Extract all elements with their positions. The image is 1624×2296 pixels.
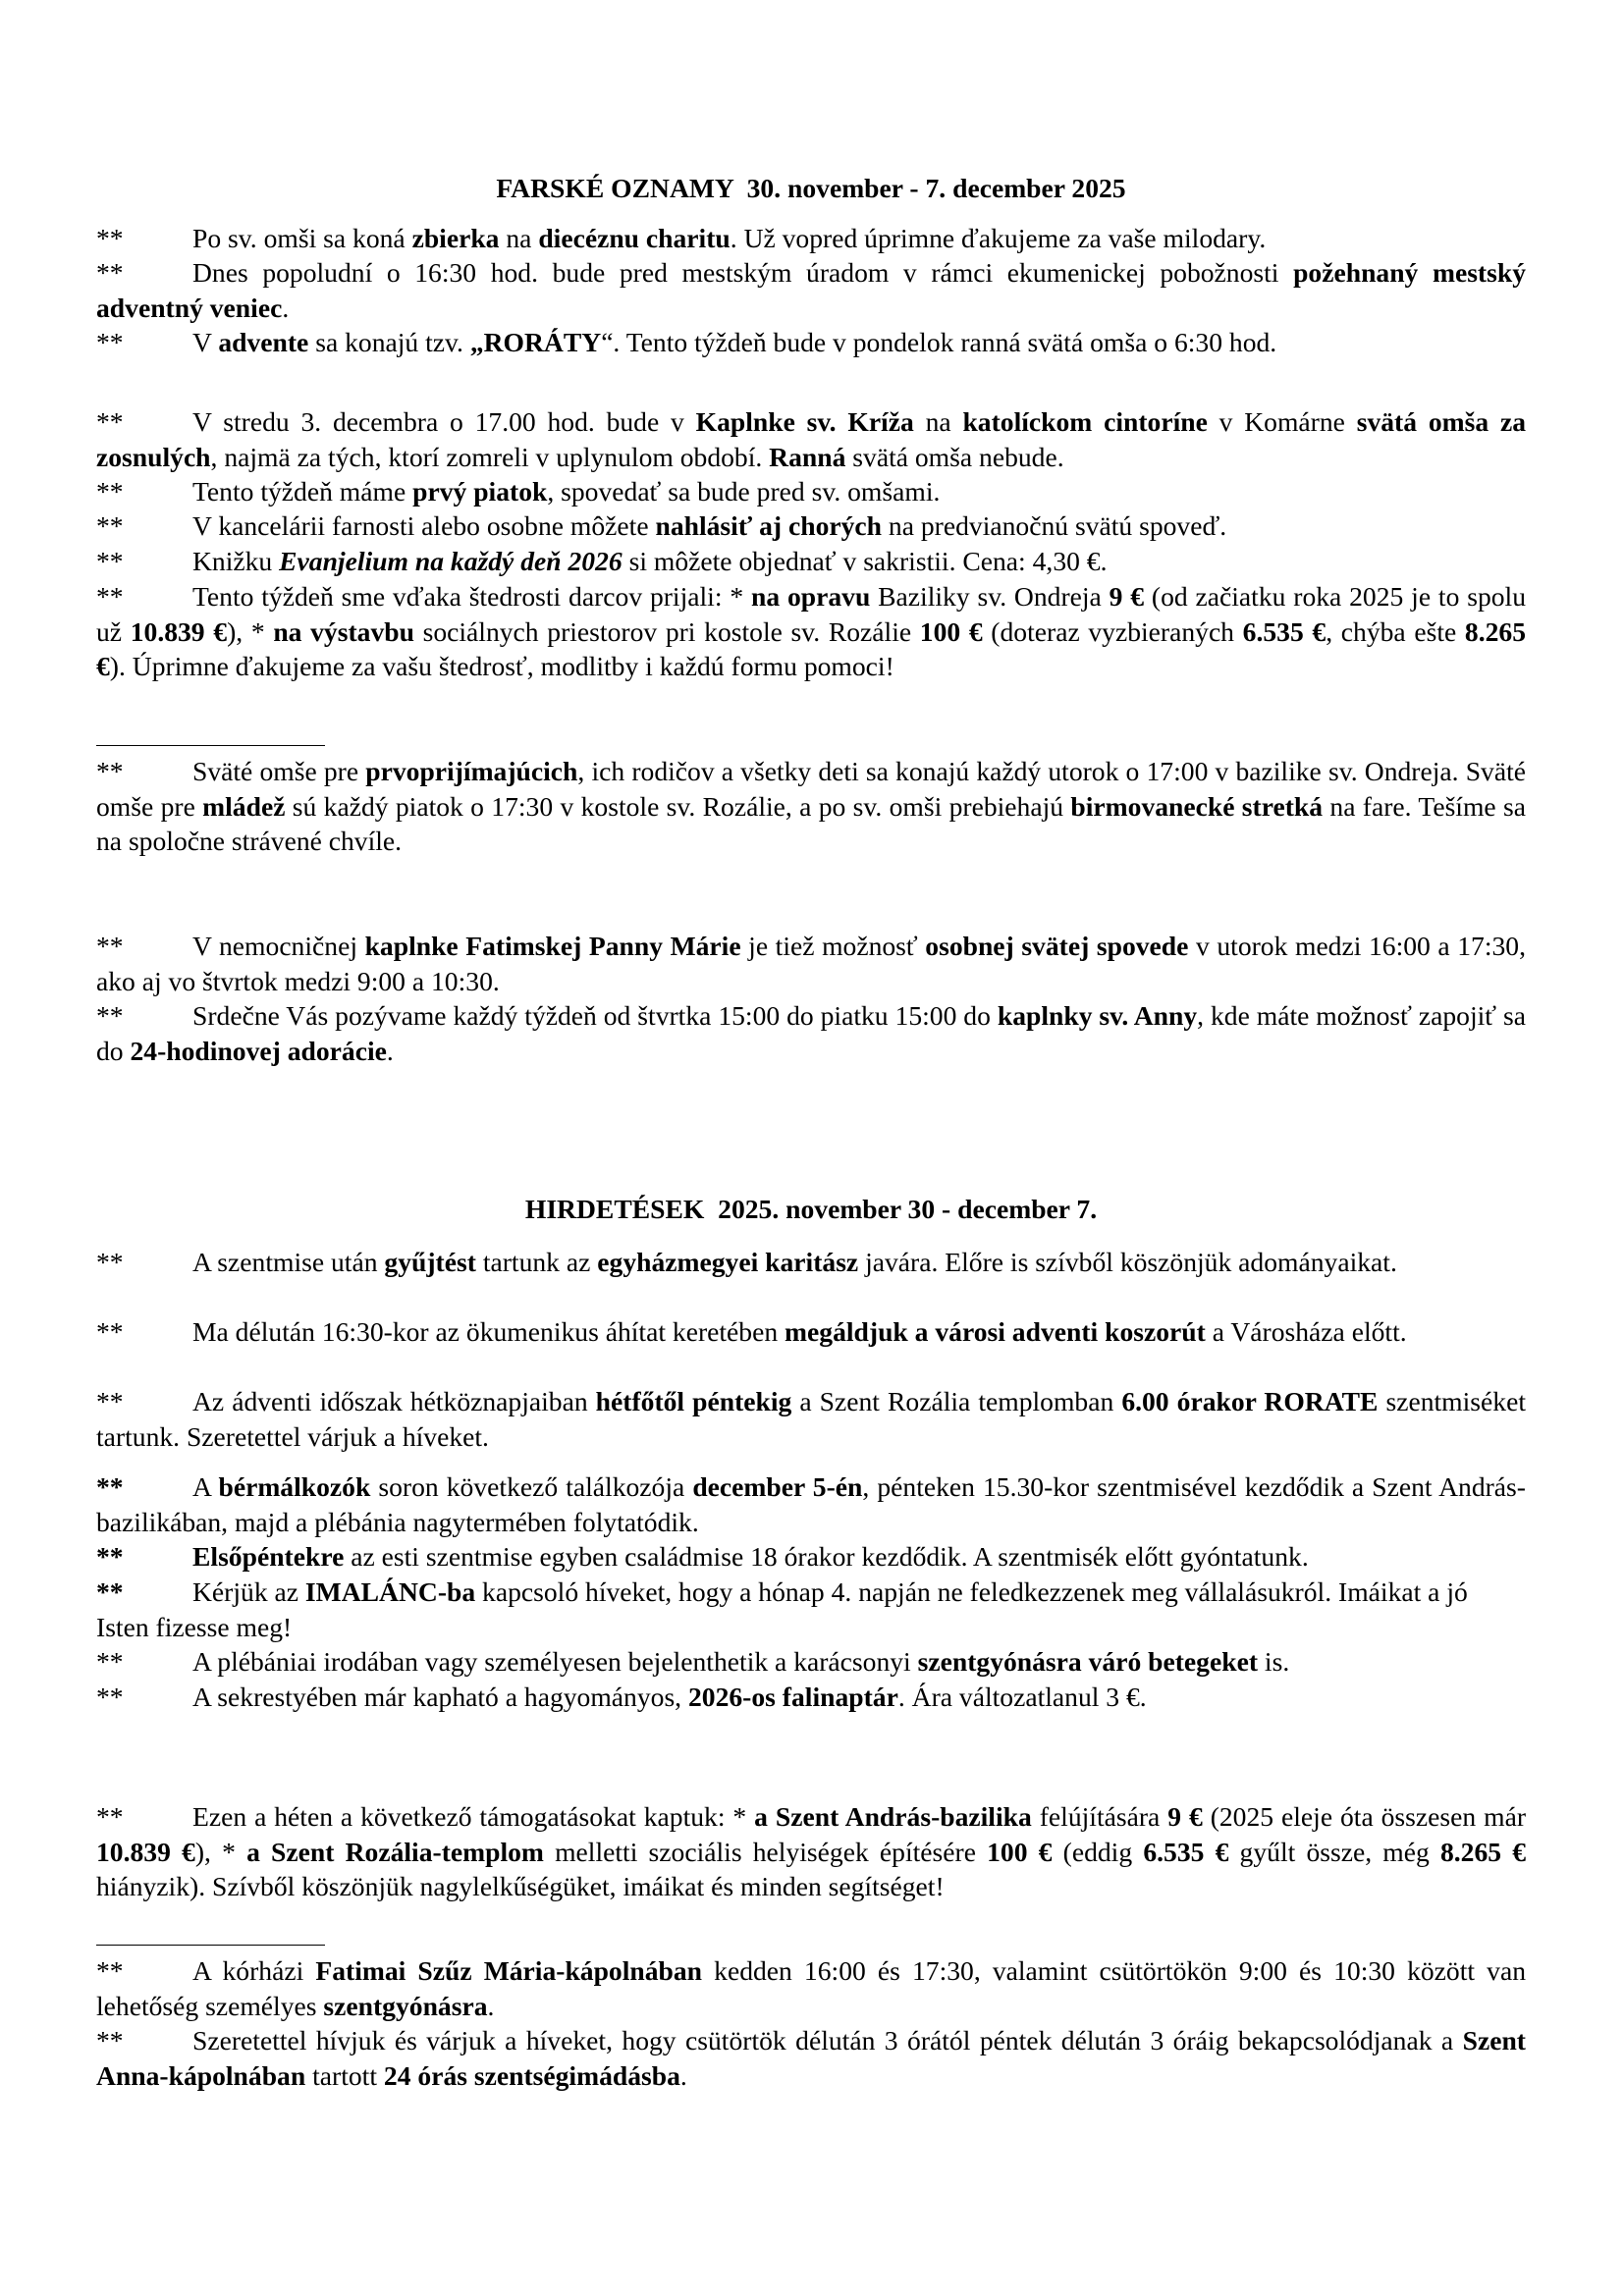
emphasis-text: 10.839 € (131, 616, 227, 647)
emphasis-text: 8.265 € (1440, 1837, 1526, 1867)
bullet-marker: ** (96, 221, 192, 256)
bullet-marker: ** (96, 998, 192, 1034)
body-text: na (499, 223, 538, 253)
body-text: Dnes popoludní o 16:30 hod. bude pred me… (192, 257, 1293, 288)
body-text: V (192, 327, 218, 357)
body-text: ). Úprimne ďakujeme za vašu štedrosť, mo… (110, 651, 894, 681)
body-text: Srdečne Vás pozývame každý týždeň od štv… (192, 1000, 998, 1031)
emphasis-text: 6.535 € (1143, 1837, 1228, 1867)
emphasis-text: IMALÁNC-ba (305, 1576, 475, 1607)
body-text: soron következő találkozója (370, 1471, 692, 1502)
sk-separator-wrapper (96, 744, 1526, 746)
announcement-text: **V stredu 3. decembra o 17.00 hod. bude… (96, 404, 1526, 474)
body-text: A kórházi (192, 1955, 315, 1986)
hu-announcement: **A sekrestyében már kapható a hagyomány… (96, 1680, 1526, 1715)
announcement-text: **Kérjük az IMALÁNC-ba kapcsoló híveket,… (96, 1575, 1526, 1644)
body-text: Ezen a héten a következő támogatásokat k… (192, 1801, 754, 1832)
bullet-marker: ** (96, 579, 192, 614)
sk-announcement: **Tento týždeň máme prvý piatok, spoveda… (96, 474, 1526, 509)
body-text: svätá omša nebude. (845, 442, 1063, 472)
body-text: Po sv. omši sa koná (192, 223, 412, 253)
announcement-text: **V nemocničnej kaplnke Fatimskej Panny … (96, 929, 1526, 998)
section-divider (96, 1944, 325, 1946)
emphasis-text: diecéznu charitu (538, 223, 730, 253)
body-text: , najmä za tých, ktorí zomreli v uplynul… (211, 442, 770, 472)
announcement-text: **Elsőpéntekre az esti szentmise egyben … (96, 1539, 1526, 1575)
bullet-marker: ** (96, 2023, 192, 2058)
bullet-marker: ** (96, 929, 192, 964)
body-text: is. (1258, 1646, 1289, 1677)
body-text: Szeretettel hívjuk és várjuk a híveket, … (192, 2025, 1463, 2056)
sk-announcement: **V nemocničnej kaplnke Fatimskej Panny … (96, 929, 1526, 998)
hu-announcement: **Az ádventi időszak hétköznapjaiban hét… (96, 1384, 1526, 1454)
hu-announcement: **Ma délután 16:30-kor az ökumenikus áhí… (96, 1314, 1526, 1350)
hu-announcement: **Ezen a héten a következő támogatásokat… (96, 1799, 1526, 1904)
body-text: Tento týždeň sme vďaka štedrosti darcov … (192, 581, 751, 612)
emphasis-text: Fatimai Szűz Mária-kápolnában (315, 1955, 702, 1986)
body-text: na predvianočnú svätú spoveď. (882, 510, 1226, 541)
body-text: . Ára változatlanul 3 €. (898, 1682, 1147, 1712)
emphasis-text: egyházmegyei karitász (597, 1247, 858, 1277)
body-text: sociálnych priestorov pri kostole sv. Ro… (414, 616, 920, 647)
body-text: Kérjük az (192, 1576, 305, 1607)
hu-announcement: **Elsőpéntekre az esti szentmise egyben … (96, 1539, 1526, 1575)
announcement-text: **Tento týždeň máme prvý piatok, spoveda… (96, 474, 1526, 509)
bullet-marker: ** (96, 325, 192, 360)
body-text: (doteraz vyzbieraných (983, 616, 1243, 647)
body-text: (eddig (1052, 1837, 1143, 1867)
sk-announcement: **Knižku Evanjelium na každý deň 2026 si… (96, 544, 1526, 579)
body-text: Sväté omše pre (192, 756, 365, 786)
announcement-text: **Szeretettel hívjuk és várjuk a híveket… (96, 2023, 1526, 2093)
bullet-marker: ** (96, 1245, 192, 1280)
body-text: A plébániai irodában vagy személyesen be… (192, 1646, 918, 1677)
body-text: . (680, 2060, 687, 2091)
announcement-text: **V advente sa konajú tzv. „RORÁTY“. Ten… (96, 325, 1526, 360)
emphasis-text: 6.00 órakor RORATE (1121, 1386, 1378, 1416)
body-text: V nemocničnej (192, 931, 365, 961)
announcement-text: **A szentmise után gyűjtést tartunk az e… (96, 1245, 1526, 1280)
announcement-text: **V kancelárii farnosti alebo osobne môž… (96, 508, 1526, 544)
emphasis-text: a Szent Rozália-templom (246, 1837, 544, 1867)
announcement-text: **Dnes popoludní o 16:30 hod. bude pred … (96, 255, 1526, 325)
body-text: si môžete objednať v sakristii. Cena: 4,… (623, 546, 1108, 576)
announcement-text: **Knižku Evanjelium na každý deň 2026 si… (96, 544, 1526, 579)
emphasis-text: bérmálkozók (218, 1471, 370, 1502)
emphasis-text: Kaplnke sv. Kríža (696, 406, 914, 437)
emphasis-text: katolíckom cintoríne (962, 406, 1207, 437)
sk-announcement: **Dnes popoludní o 16:30 hod. bude pred … (96, 255, 1526, 325)
emphasis-text: 9 € (1167, 1801, 1203, 1832)
body-text: (2025 eleje óta összesen már (1203, 1801, 1526, 1832)
emphasis-text: megáldjuk a városi adventi koszorút (785, 1316, 1206, 1347)
bullet-marker: ** (96, 474, 192, 509)
emphasis-text: 10.839 € (96, 1837, 195, 1867)
bullet-marker: ** (96, 1799, 192, 1835)
hu-announcement: **A bérmálkozók soron következő találkoz… (96, 1469, 1526, 1539)
emphasis-text: 2026-os falinaptár (688, 1682, 898, 1712)
body-text: felújítására (1032, 1801, 1167, 1832)
announcement-text: **A sekrestyében már kapható a hagyomány… (96, 1680, 1526, 1715)
emphasis-text: december 5-én (692, 1471, 862, 1502)
emphasis-text: zbierka (412, 223, 500, 253)
body-text: Knižku (192, 546, 279, 576)
emphasis-text: szentgyónásra váró betegeket (918, 1646, 1258, 1677)
emphasis-text: „RORÁTY (470, 327, 601, 357)
emphasis-text: 9 € (1110, 581, 1144, 612)
emphasis-text: birmovanecké stretká (1070, 791, 1323, 822)
body-text: Ma délután 16:30-kor az ökumenikus áhíta… (192, 1316, 785, 1347)
sk-announcement: **V kancelárii farnosti alebo osobne môž… (96, 508, 1526, 544)
emphasis-text: na opravu (751, 581, 870, 612)
body-text: A szentmise után (192, 1247, 384, 1277)
emphasis-text: a Szent András-bazilika (754, 1801, 1032, 1832)
emphasis-text: nahlásiť aj chorých (655, 510, 882, 541)
body-text: sú každý piatok o 17:30 v kostole sv. Ro… (285, 791, 1070, 822)
announcement-text: **A plébániai irodában vagy személyesen … (96, 1644, 1526, 1680)
body-text: . (282, 293, 289, 323)
emphasis-text: na výstavbu (273, 616, 414, 647)
body-text: je tiež možnosť (741, 931, 926, 961)
body-text: A (192, 1471, 218, 1502)
body-text: “. Tento týždeň bude v pondelok ranná sv… (601, 327, 1276, 357)
body-text: melletti szociális helyiségek építésére (544, 1837, 987, 1867)
emphasis-text: osobnej svätej spovede (925, 931, 1188, 961)
announcement-text: **Sväté omše pre prvoprijímajúcich, ich … (96, 754, 1526, 859)
bullet-marker: ** (96, 255, 192, 291)
body-text: a Városháza előtt. (1206, 1316, 1407, 1347)
emphasis-text: kaplnke Fatimskej Panny Márie (365, 931, 741, 961)
sk-announcement: **Po sv. omši sa koná zbierka na diecézn… (96, 221, 1526, 256)
body-text: gyűlt össze, még (1228, 1837, 1440, 1867)
announcement-text: **Po sv. omši sa koná zbierka na diecézn… (96, 221, 1526, 256)
hu-announcement: **A kórházi Fatimai Szűz Mária-kápolnába… (96, 1953, 1526, 2023)
body-text: tartunk az (476, 1247, 597, 1277)
body-text: V stredu 3. decembra o 17.00 hod. bude v (192, 406, 696, 437)
bullet-marker: ** (96, 1575, 192, 1610)
emphasis-text: 100 € (987, 1837, 1052, 1867)
announcement-text: **A kórházi Fatimai Szűz Mária-kápolnába… (96, 1953, 1526, 2023)
emphasis-text: 100 € (920, 616, 983, 647)
body-text: . Už vopred úprimne ďakujeme za vaše mil… (731, 223, 1267, 253)
body-text: na (914, 406, 963, 437)
body-text: A sekrestyében már kapható a hagyományos… (192, 1682, 688, 1712)
emphasis-text: Ranná (769, 442, 845, 472)
body-text: hiányzik). Szívből köszönjük nagylelkűsé… (96, 1871, 945, 1901)
body-text: ), * (227, 616, 273, 647)
emphasis-text: advente (218, 327, 308, 357)
announcement-text: **Az ádventi időszak hétköznapjaiban hét… (96, 1384, 1526, 1454)
bullet-marker: ** (96, 544, 192, 579)
hu-separator-wrapper (96, 1944, 1526, 1946)
bullet-marker: ** (96, 754, 192, 789)
body-text: Baziliky sv. Ondreja (870, 581, 1109, 612)
emphasis-text: 24 órás szentségimádásba (384, 2060, 680, 2091)
body-text: tartott (305, 2060, 384, 2091)
body-text: sa konajú tzv. (308, 327, 470, 357)
body-text: Az ádventi időszak hétköznapjaiban (192, 1386, 596, 1416)
sk-announcement: **V stredu 3. decembra o 17.00 hod. bude… (96, 404, 1526, 474)
emphasis-text: prvý piatok (412, 476, 547, 507)
body-text: Tento týždeň máme (192, 476, 412, 507)
announcement-text: **Tento týždeň sme vďaka štedrosti darco… (96, 579, 1526, 684)
announcement-text: **A bérmálkozók soron következő találkoz… (96, 1469, 1526, 1539)
hungarian-announcements-title: HIRDETÉSEK 2025. november 30 - december … (96, 1192, 1526, 1227)
body-text: javára. Előre is szívből köszönjük adomá… (858, 1247, 1397, 1277)
sk-announcement: **Tento týždeň sme vďaka štedrosti darco… (96, 579, 1526, 684)
body-text: a Szent Rozália templomban (791, 1386, 1121, 1416)
body-text: . (387, 1036, 394, 1066)
emphasis-text: Evanjelium na každý deň 2026 (279, 546, 623, 576)
hu-announcement: **A plébániai irodában vagy személyesen … (96, 1644, 1526, 1680)
body-text: V kancelárii farnosti alebo osobne môžet… (192, 510, 655, 541)
bullet-marker: ** (96, 1953, 192, 1989)
bullet-marker: ** (96, 1680, 192, 1715)
emphasis-text: szentgyónásra (323, 1991, 487, 2021)
body-text: , spovedať sa bude pred sv. omšami. (547, 476, 940, 507)
emphasis-text: prvoprijímajúcich (365, 756, 577, 786)
emphasis-text: gyűjtést (384, 1247, 476, 1277)
emphasis-text: 24-hodinovej adorácie (131, 1036, 387, 1066)
bullet-marker: ** (96, 1469, 192, 1505)
slovak-announcements-title: FARSKÉ OZNAMY 30. november - 7. december… (96, 171, 1526, 206)
announcement-text: **Ezen a héten a következő támogatásokat… (96, 1799, 1526, 1904)
hu-announcement: **Szeretettel hívjuk és várjuk a híveket… (96, 2023, 1526, 2093)
hu-announcement: **Kérjük az IMALÁNC-ba kapcsoló híveket,… (96, 1575, 1526, 1644)
section-divider (96, 744, 325, 746)
hu-announcement: **A szentmise után gyűjtést tartunk az e… (96, 1245, 1526, 1280)
body-text: az esti szentmise egyben családmise 18 ó… (344, 1541, 1308, 1572)
body-text: , chýba ešte (1326, 616, 1465, 647)
emphasis-text: hétfőtől péntekig (596, 1386, 792, 1416)
emphasis-text: 6.535 € (1243, 616, 1326, 647)
bullet-marker: ** (96, 1644, 192, 1680)
emphasis-text: mládež (202, 791, 285, 822)
sk-announcement: **Srdečne Vás pozývame každý týždeň od š… (96, 998, 1526, 1068)
bullet-marker: ** (96, 1314, 192, 1350)
sk-announcement: **V advente sa konajú tzv. „RORÁTY“. Ten… (96, 325, 1526, 360)
bullet-marker: ** (96, 1384, 192, 1419)
emphasis-text: kaplnky sv. Anny (998, 1000, 1197, 1031)
body-text: v Komárne (1208, 406, 1357, 437)
body-text: ), * (195, 1837, 246, 1867)
bullet-marker: ** (96, 508, 192, 544)
announcement-text: **Ma délután 16:30-kor az ökumenikus áhí… (96, 1314, 1526, 1350)
sk-announcement: **Sväté omše pre prvoprijímajúcich, ich … (96, 754, 1526, 859)
body-text: . (488, 1991, 495, 2021)
emphasis-text: Elsőpéntekre (192, 1541, 344, 1572)
announcement-text: **Srdečne Vás pozývame každý týždeň od š… (96, 998, 1526, 1068)
bullet-marker: ** (96, 404, 192, 440)
bullet-marker: ** (96, 1539, 192, 1575)
